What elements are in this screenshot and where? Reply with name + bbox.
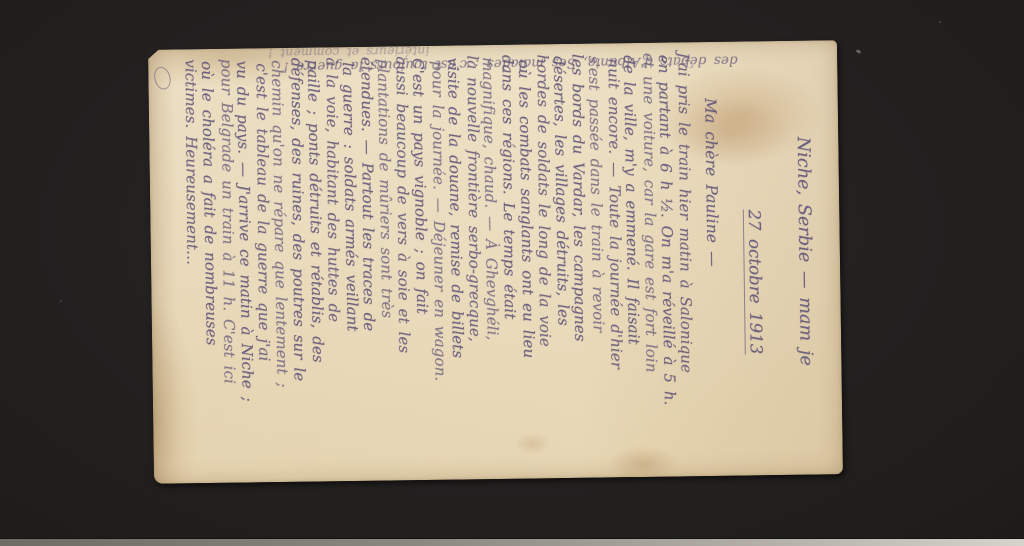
salutation: Ma chère Pauline — [701,98,724,468]
photo-backdrop: intérieurs et comment ! des débats d'Alb… [0,0,1024,546]
dust-speck [939,21,941,23]
dust-speck [856,49,862,54]
scan-edge-strip [0,538,1024,546]
letter-text: Niche, Serbie — mam je 27 octobre 1913 M… [180,50,843,475]
date-text: 27 octobre 1913 [742,209,765,354]
letter-body: J'ai pris le train hier matin à Saloniqu… [180,52,696,475]
date-line: 27 octobre 1913 [744,209,767,467]
handwriting-line: victimes. Heureusement… [181,59,203,475]
place-line: Niche, Serbie — mam je [792,137,817,467]
dust-speck [60,300,62,302]
handwritten-page: intérieurs et comment ! des débats d'Alb… [148,40,843,484]
postcard: intérieurs et comment ! des débats d'Alb… [148,40,843,484]
